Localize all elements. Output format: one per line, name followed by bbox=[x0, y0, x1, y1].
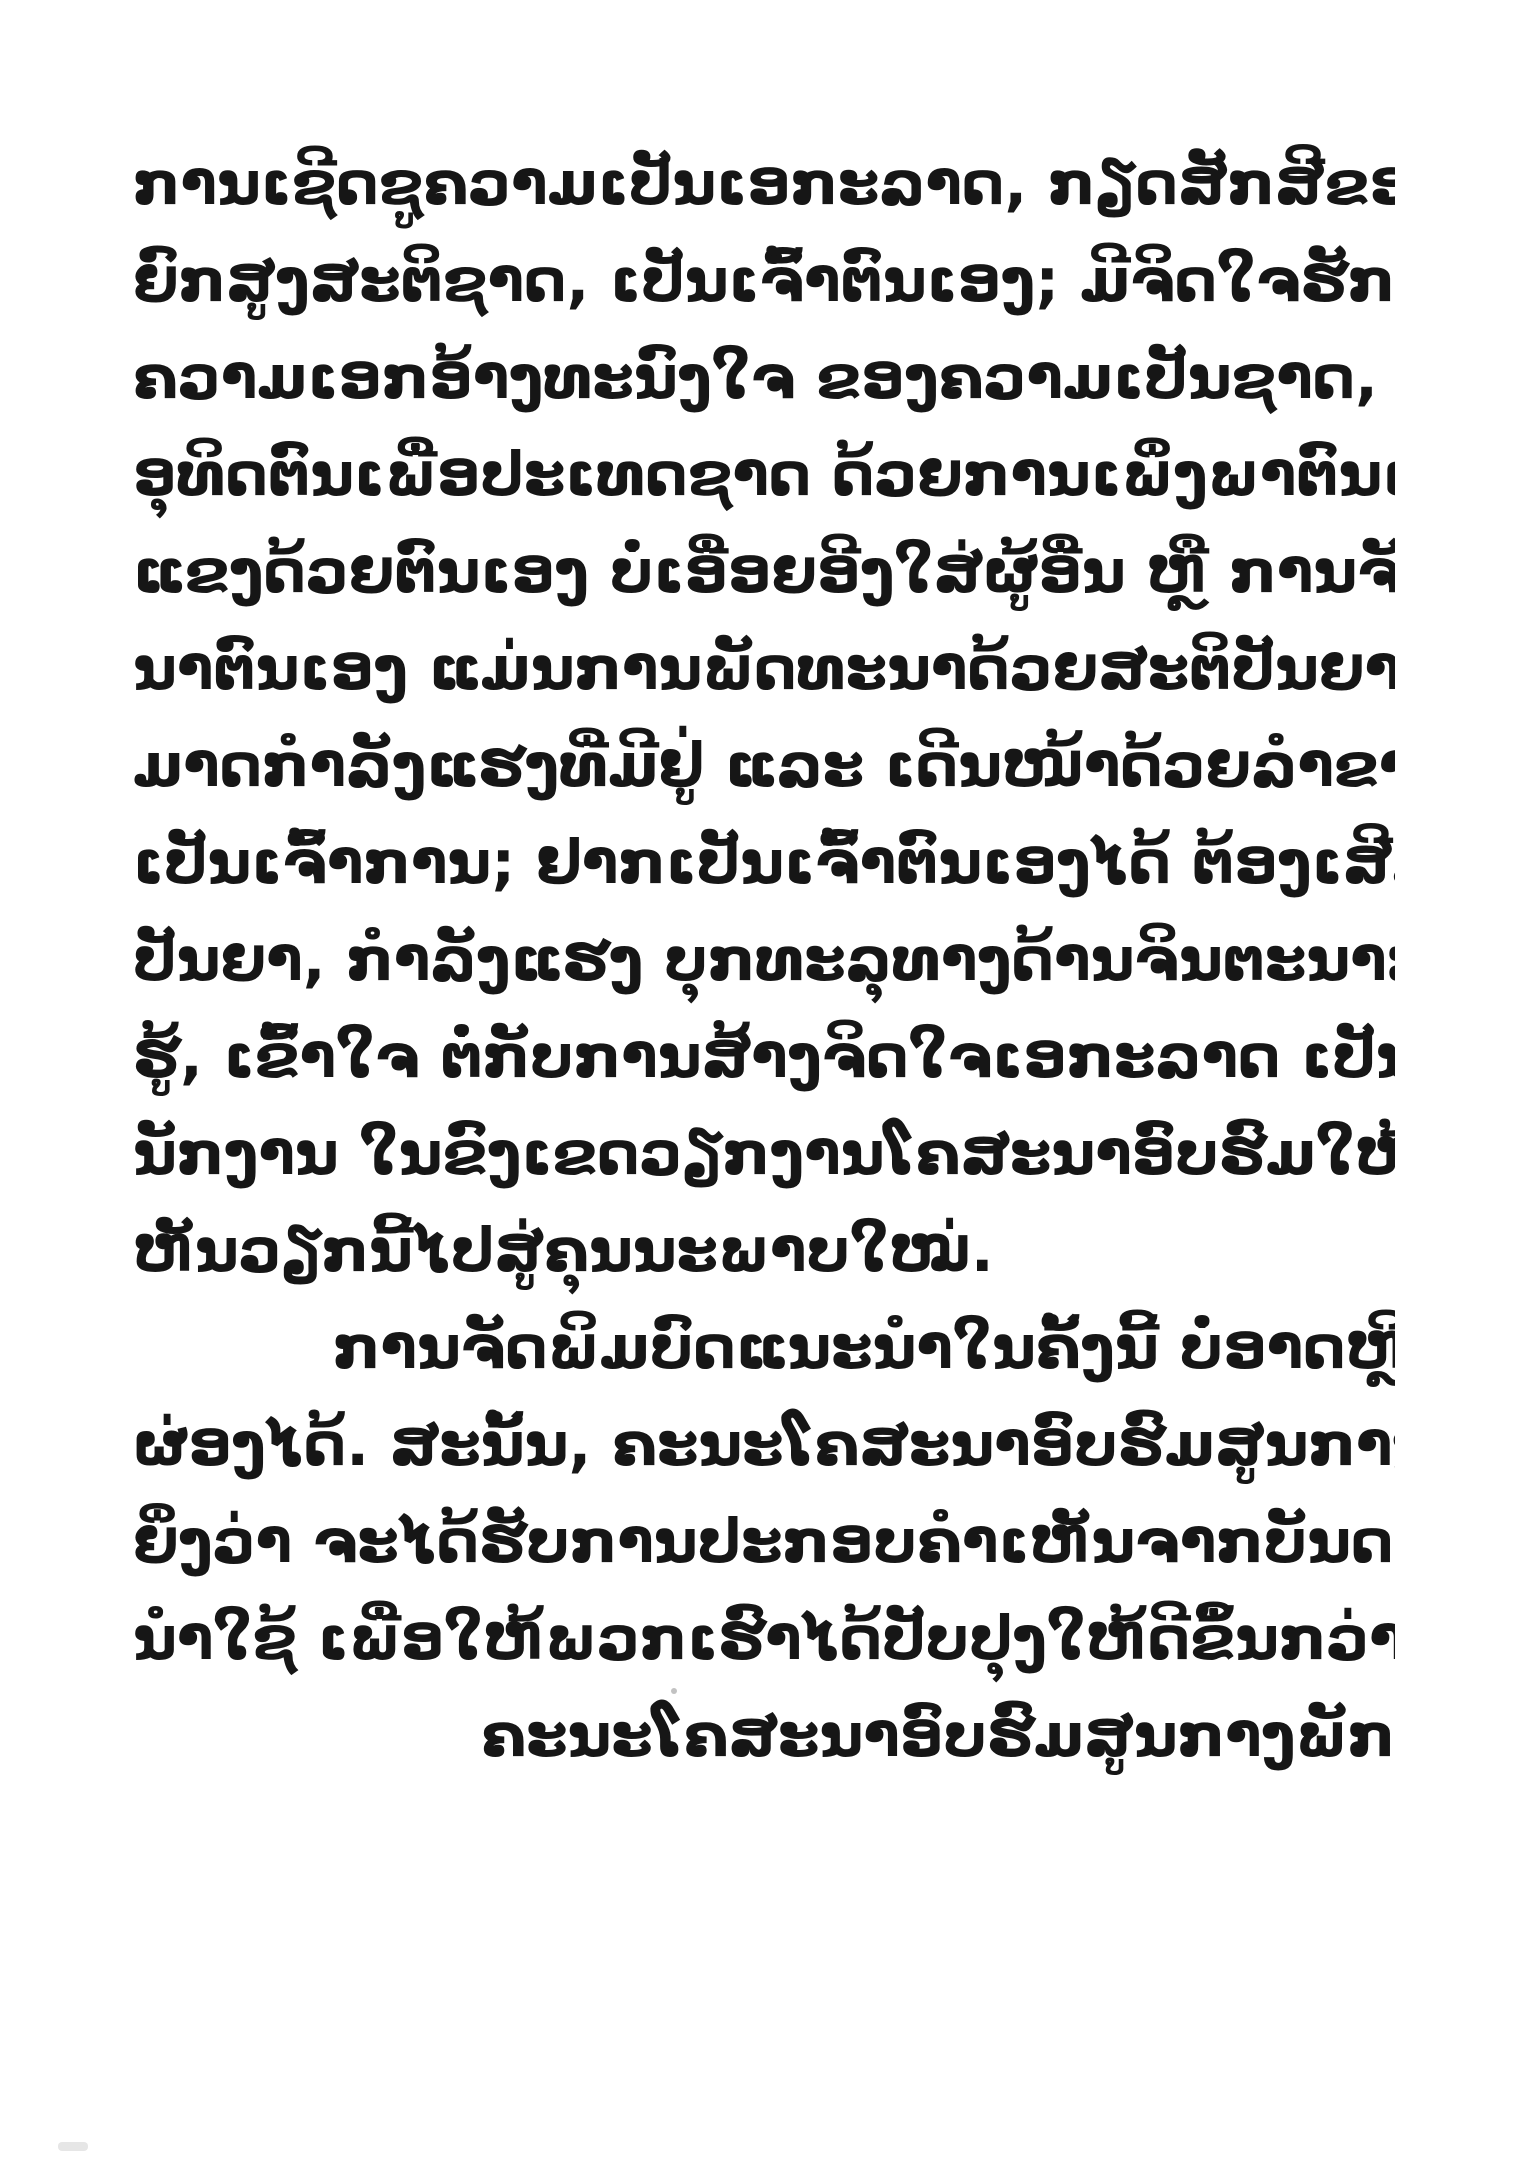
scan-speck-artifact bbox=[671, 1688, 677, 1694]
text-line: ມາດກຳລັງແຮງທີ່ມີຢູ່ ແລະ ເດີນໜ້າດ້ວຍລຳຂາຂ… bbox=[133, 718, 1395, 815]
text-line: ຍິ່ງວ່າ ຈະໄດ້ຮັບການປະກອບຄຳເຫັນຈາກບັນດາທ່… bbox=[133, 1494, 1395, 1591]
text-line: ການຈັດພິມບົດແນະນຳໃນຄັ້ງນີ້ ບໍ່ອາດຫຼີກລຽງ… bbox=[133, 1300, 1395, 1397]
scanned-document-page: ການເຊີດຊູຄວາມເປັນເອກະລາດ, ກຽດສັກສີຂອງຊາດ… bbox=[0, 0, 1529, 2161]
signature-line: ຄະນະໂຄສະນາອົບຮົມສູນກາງພັກ bbox=[133, 1688, 1395, 1785]
text-line: ຄວາມເອກອ້າງທະນົງໃຈ ຂອງຄວາມເປັນຊາດ, ມີຈິດ… bbox=[133, 330, 1395, 427]
text-line: ປັນຍາ, ກຳລັງແຮງ ບຸກທະລຸທາງດ້ານຈິນຕະນາການ… bbox=[133, 912, 1395, 1009]
text-line: ຜ່ອງໄດ້. ສະນັ້ນ, ຄະນະໂຄສະນາອົບຮົມສູນກາງພ… bbox=[133, 1397, 1395, 1494]
text-line: ແຂງດ້ວຍຕົນເອງ ບໍ່ເອື່ອຍອີງໃສ່ຜູ້ອື່ນ ຫຼື… bbox=[133, 524, 1395, 621]
text-line: ນາຕົນເອງ ແມ່ນການພັດທະນາດ້ວຍສະຕິປັນຍາ, ດ້… bbox=[133, 621, 1395, 718]
text-line: ການເຊີດຊູຄວາມເປັນເອກະລາດ, ກຽດສັກສີຂອງຊາດ… bbox=[133, 136, 1395, 233]
text-line: ນຳໃຊ້ ເພື່ອໃຫ້ພວກເຮົາໄດ້ປັບປຸງໃຫ້ດີຂຶ້ນກ… bbox=[133, 1591, 1395, 1688]
paragraph-2: ການຈັດພິມບົດແນະນຳໃນຄັ້ງນີ້ ບໍ່ອາດຫຼີກລຽງ… bbox=[133, 1300, 1395, 1688]
text-line: ອຸທິດຕົນເພື່ອປະເທດຊາດ ດ້ວຍການເພິ່ງພາຕົນເ… bbox=[133, 427, 1395, 524]
text-line: ຫັນວຽກນີ້ໄປສູ່ຄຸນນະພາບໃໝ່. bbox=[133, 1203, 1395, 1300]
text-line: ຍົກສູງສະຕິຊາດ, ເປັນເຈົ້າຕົນເອງ; ມີຈິດໃຈຮ… bbox=[133, 233, 1395, 330]
text-line: ຮູ້, ເຂົ້າໃຈ ຕໍ່ກັບການສ້າງຈິດໃຈເອກະລາດ ເ… bbox=[133, 1009, 1395, 1106]
text-block: ການເຊີດຊູຄວາມເປັນເອກະລາດ, ກຽດສັກສີຂອງຊາດ… bbox=[133, 136, 1395, 1826]
text-line: ເປັນເຈົ້າການ; ຢາກເປັນເຈົ້າຕົນເອງໄດ້ ຕ້ອງ… bbox=[133, 815, 1395, 912]
paragraph-1: ການເຊີດຊູຄວາມເປັນເອກະລາດ, ກຽດສັກສີຂອງຊາດ… bbox=[133, 136, 1395, 1300]
scan-artifact bbox=[58, 2142, 88, 2151]
text-line: ນັກງານ ໃນຂົງເຂດວຽກງານໂຄສະນາອົບຮົມໃຫ້ເລິກ… bbox=[133, 1106, 1395, 1203]
